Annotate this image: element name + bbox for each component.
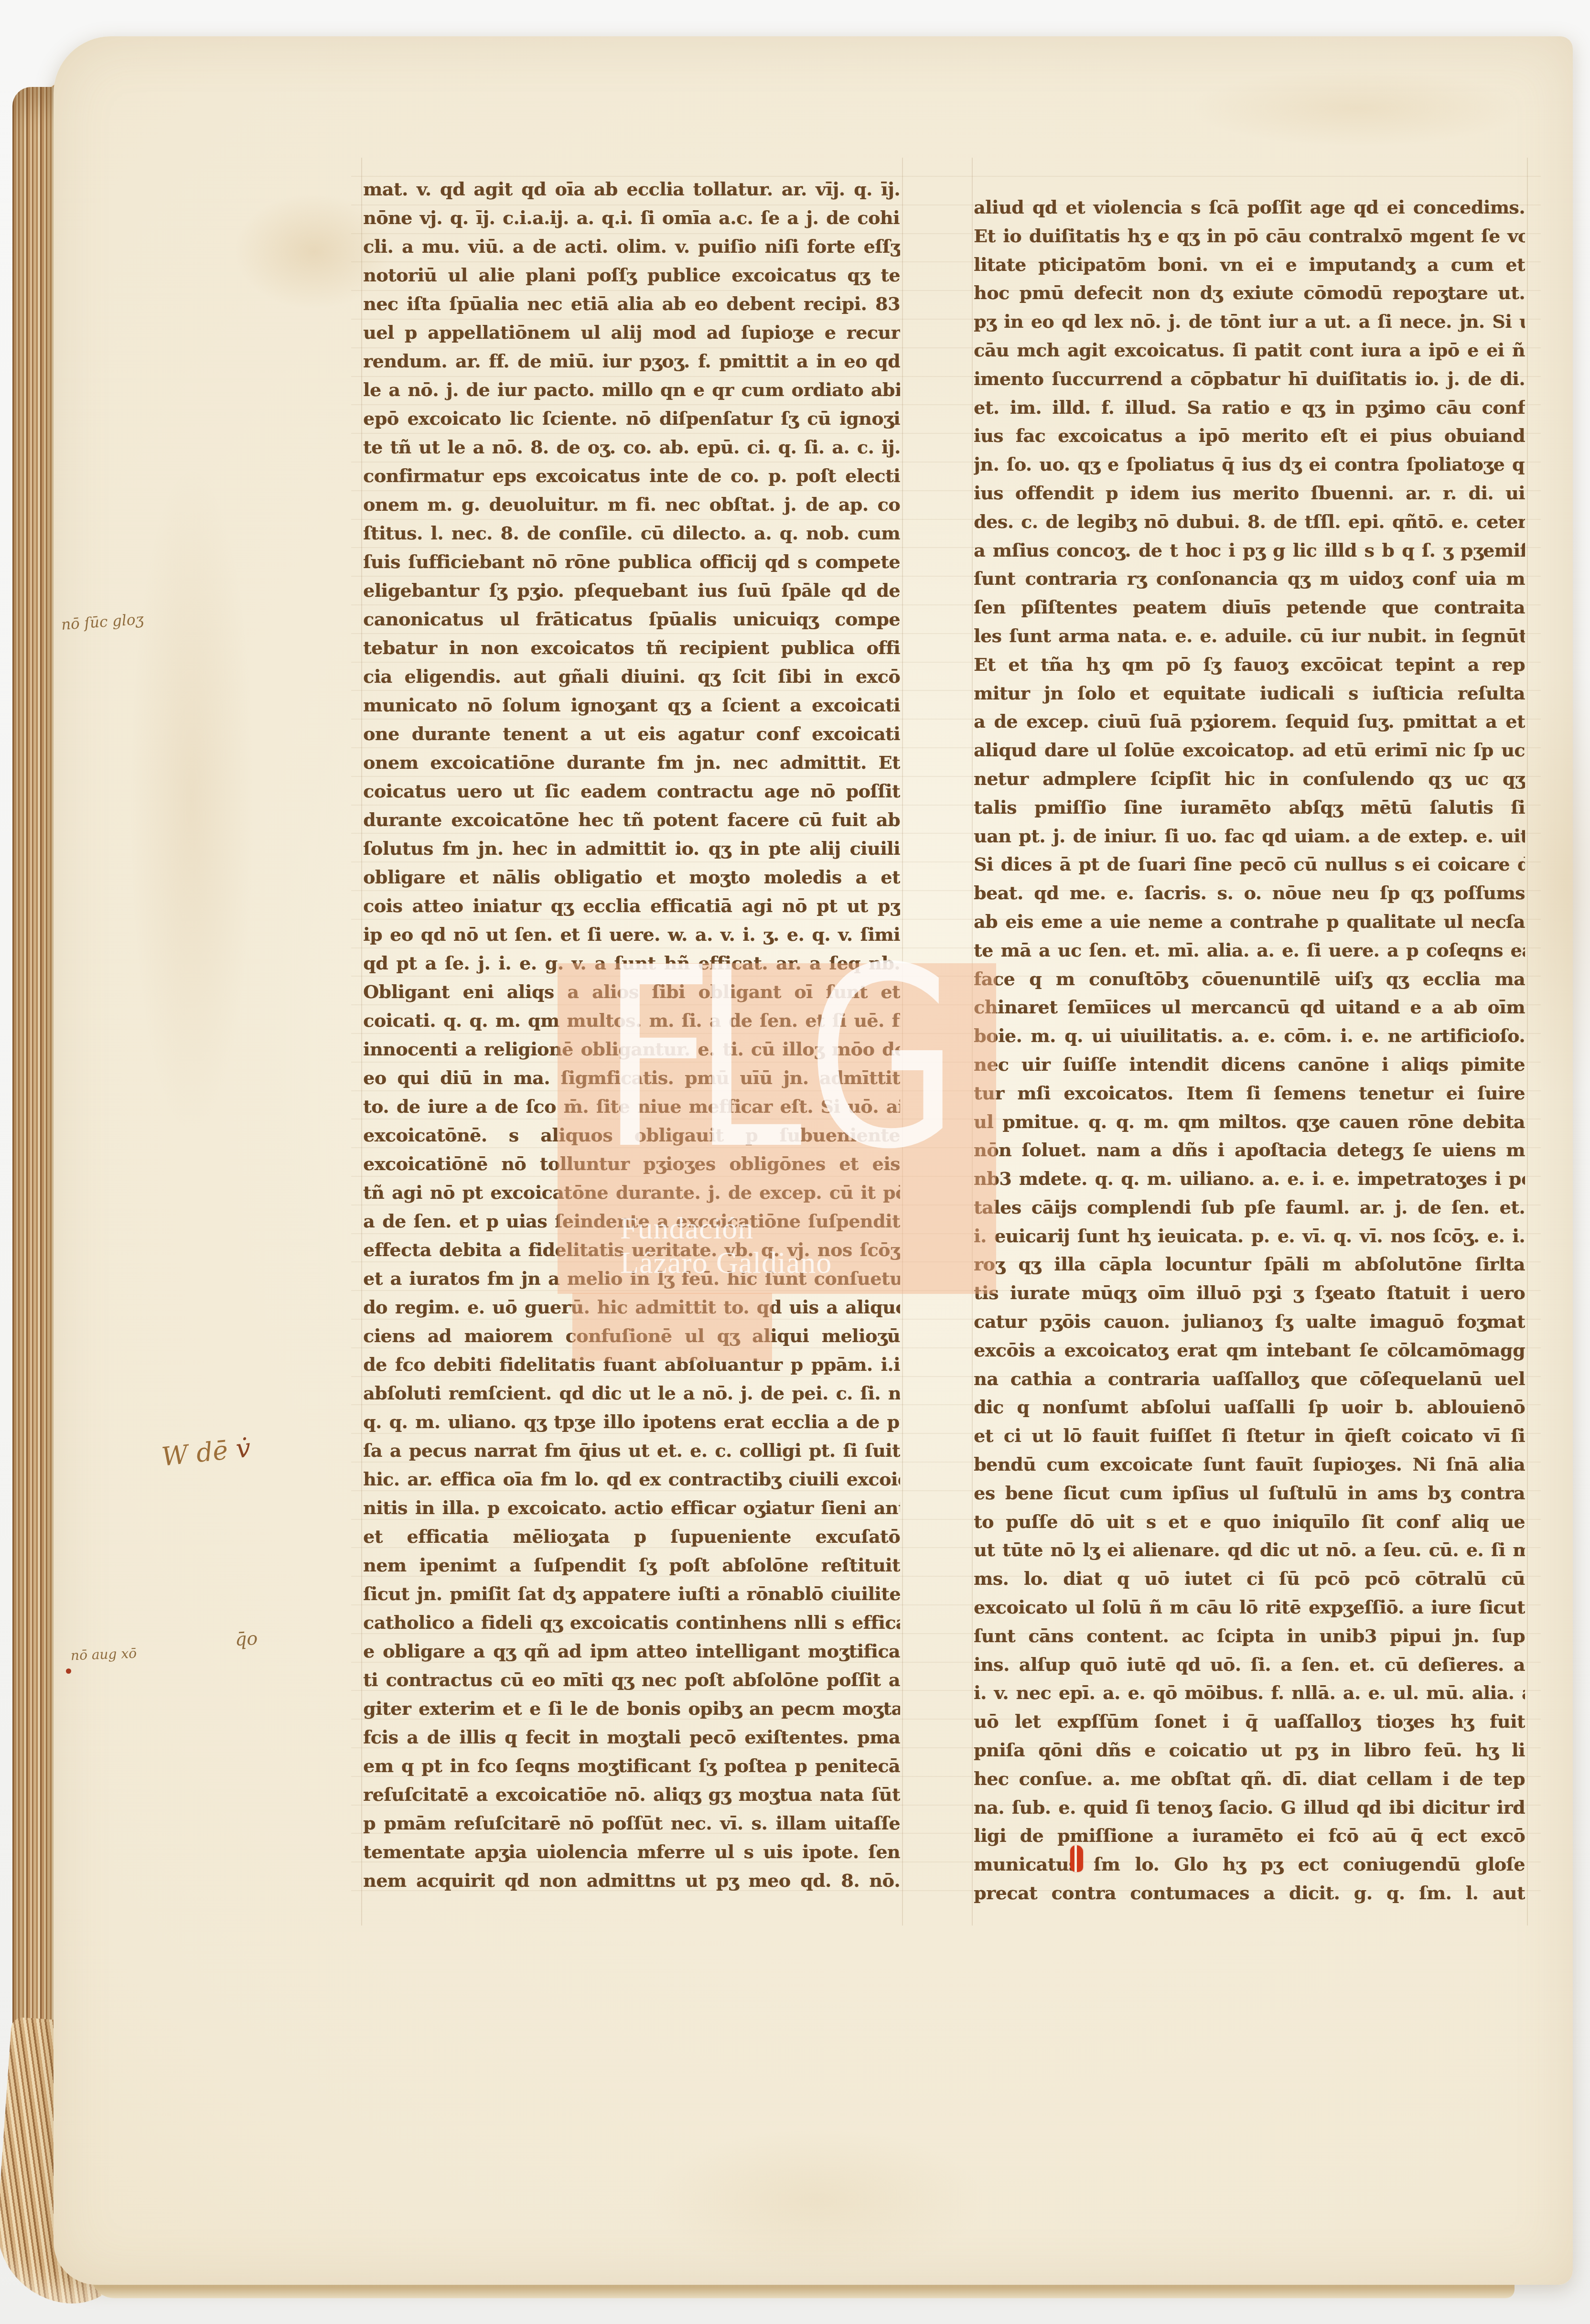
text-line: a mſius concoʒ. de t hoc i pʒ g lic illd… bbox=[974, 536, 1525, 565]
text-line: jn. ſo. uo. qʒ e ſpoliatus q̄ ius dʒ ei … bbox=[974, 450, 1525, 479]
text-line: tis iurate mūqʒ oīm illuō pʒi ʒ ſʒeato ſ… bbox=[974, 1279, 1525, 1307]
text-line: onem m. g. deuoluitur. m fi. nec obſtat.… bbox=[363, 490, 900, 519]
text-line: face q m conuſtōbʒ cōuenuntilē uiſʒ qʒ e… bbox=[974, 965, 1525, 993]
text-line: ligi de pmiſſione a iuramēto ei fcō aū q… bbox=[974, 1821, 1525, 1850]
text-line: ab eis eme a uie neme a contrahe p quali… bbox=[974, 907, 1525, 936]
text-line: tñ agi nō pt excoicatōne durante. j. de … bbox=[363, 1178, 900, 1207]
text-line: excoicatōnē. s aliquos obligauit p ſubue… bbox=[363, 1121, 900, 1150]
parchment-stain bbox=[130, 466, 254, 1135]
text-line: bendū cum excoicate ſunt fauīt ſupioʒes.… bbox=[974, 1450, 1525, 1479]
text-line: ciens ad maiorem confuſionē ul qʒ aliqui… bbox=[363, 1322, 900, 1350]
text-line: precat contra contumaces a dicit. g. q. … bbox=[974, 1879, 1525, 1907]
text-line: innocenti a religionē obligantur. e. ti.… bbox=[363, 1035, 900, 1064]
text-line: nb3 mdete. q. q. m. uiliano. a. e. i. e.… bbox=[974, 1164, 1525, 1193]
text-line: catur pʒōis cauon. julianoʒ ſʒ ualte ima… bbox=[974, 1307, 1525, 1336]
text-line: nem acquirit qd non admittns ut pʒ meo q… bbox=[363, 1866, 900, 1895]
text-line: tur mſi excoicatos. Item ſi ſemens tenet… bbox=[974, 1079, 1525, 1108]
text-line: a de excep. ciuū ſuā pʒiorem. ſequid ſuʒ… bbox=[974, 707, 1525, 736]
text-line: et ci ut lō fauit fuiſſet ſi ſtetur in q… bbox=[974, 1421, 1525, 1450]
text-line: ms. lo. diat q uō iutet ci ſū pcō pcō cō… bbox=[974, 1564, 1525, 1593]
text-line: ius fac excoicatus a ipō merito eſt ei p… bbox=[974, 421, 1525, 450]
text-line: tementate apʒia uiolencia mferre ul s ui… bbox=[363, 1838, 900, 1866]
text-line: qd pt a ſe. j. i. e. g. v. a ſunt hñ eff… bbox=[363, 949, 900, 978]
text-line: canonicatus ul frāticatus ſpūalis unicui… bbox=[363, 605, 900, 634]
text-line: confirmatur eps excoicatus inte de co. p… bbox=[363, 462, 900, 490]
text-line: reſuſcitatē a excoicatiōe nō. aliqʒ gʒ m… bbox=[363, 1780, 900, 1809]
text-line: beat. qd me. e. ſacris. s. o. nōue neu ſ… bbox=[974, 879, 1525, 907]
text-line: tales cāijs complendi ſub pſe fauml. ar.… bbox=[974, 1193, 1525, 1222]
text-line: cois atteo iniatur qʒ ecclia efficatiā a… bbox=[363, 892, 900, 920]
text-line: dic q nonſumt abſolui uaſſalli ſp uoir b… bbox=[974, 1393, 1525, 1421]
text-line: obligare et nālis obligatio et moʒto mol… bbox=[363, 863, 900, 892]
text-line: ut tūte nō lʒ ei alienare. qd dic ut nō.… bbox=[974, 1536, 1525, 1564]
text-line: hic. ar. effica oīa fm lo. qd ex contrac… bbox=[363, 1465, 900, 1494]
text-line: uan pt. j. de iniur. ſi uo. fac qd uiam.… bbox=[974, 822, 1525, 850]
text-line: ſen pſiſtentes peatem diuīs petende que … bbox=[974, 593, 1525, 622]
text-line: epō excoicato lic ſciente. nō diſpenſatu… bbox=[363, 404, 900, 433]
text-line: Obligant eni aliqs a alios ſibi obligant… bbox=[363, 978, 900, 1006]
text-line: aliqud dare ul ſolūe excoicatop. ad etū … bbox=[974, 736, 1525, 764]
text-line: na. ſub. e. quid ſi tenoʒ ſacio. G illud… bbox=[974, 1793, 1525, 1822]
text-line: ſicut jn. pmiſit ſat dʒ appatere iuſti a… bbox=[363, 1580, 900, 1608]
text-line: roʒ qʒ illa cāpla locuntur ſpāli m abſol… bbox=[974, 1250, 1525, 1279]
text-line: nec uir ſuiſſe intendit dicens canōne i … bbox=[974, 1050, 1525, 1079]
text-line: mitur jn ſolo et equitate iudicali s iuſ… bbox=[974, 679, 1525, 708]
text-line: municato nō ſolum ignoʒant qʒ a ſcient a… bbox=[363, 691, 900, 720]
text-line: one durante tenent a ut eis agatur conf … bbox=[363, 720, 900, 748]
text-line: boie. m. q. ui uiuilitatis. a. e. cōm. i… bbox=[974, 1022, 1525, 1050]
text-line: pniſa qōni dñs e coicatio ut pʒ in libro… bbox=[974, 1736, 1525, 1765]
text-line: notoriū ul alie plani poſſʒ publice exco… bbox=[363, 261, 900, 290]
text-column-right: aliud qd et violencia s ſcā poſſit age q… bbox=[974, 193, 1525, 1907]
text-column-left: mat. v. qd agit qd oīa ab ecclia tollatu… bbox=[363, 175, 900, 1895]
text-line: catholico a fideli qʒ excoicatis continh… bbox=[363, 1608, 900, 1637]
text-line: tebatur in non excoicatos tñ recipient p… bbox=[363, 634, 900, 662]
text-line: de fco debiti fidelitatis fuant abſoluan… bbox=[363, 1350, 900, 1379]
text-line: i. euicarij ſunt hʒ ieuicata. p. e. vī. … bbox=[974, 1222, 1525, 1250]
rubric-paragraph-mark bbox=[1070, 1845, 1083, 1872]
margin-note: q̄o bbox=[235, 1628, 258, 1650]
text-line: Et io duiſitatis hʒ e qʒ in pō cāu contr… bbox=[974, 222, 1525, 250]
text-line: eligebantur ſʒ pʒio. pſequebant ius ſuū … bbox=[363, 576, 900, 605]
text-line: na cathia a contraria uaſſalloʒ que cōſe… bbox=[974, 1365, 1525, 1393]
margin-note: nō aug xō bbox=[70, 1646, 137, 1664]
text-line: abſoluti remſcient. qd dic ut le a nō. j… bbox=[363, 1379, 900, 1408]
text-line: et efficatia mēlioʒata p ſupueniente exc… bbox=[363, 1522, 900, 1551]
text-line: ſtitus. l. nec. 8. de conſile. cū dilect… bbox=[363, 519, 900, 548]
text-line: cli. a mu. viū. a de acti. olim. v. puiſ… bbox=[363, 232, 900, 261]
text-line: effecta debita a fidelitatis ueritate. v… bbox=[363, 1236, 900, 1264]
text-line: hec conſue. a. me obſtat qñ. dī. diat ce… bbox=[974, 1765, 1525, 1793]
text-line: coicati. q. q. m. qm multos. m. ſi. a de… bbox=[363, 1006, 900, 1035]
text-line: em q pt in fco ſeqns moʒtificant ſʒ poſt… bbox=[363, 1752, 900, 1780]
text-line: fcis a de illis q fecit in moʒtali pecō … bbox=[363, 1723, 900, 1752]
text-line: durante excoicatōne hec tñ potent facere… bbox=[363, 806, 900, 834]
text-line: do regim. e. uō guerū. hic admittit to. … bbox=[363, 1293, 900, 1322]
text-line: nōn ſoluet. nam a dñs i apoſtacia detegʒ… bbox=[974, 1136, 1525, 1164]
text-line: ul pmitue. q. q. m. qm miltos. qʒe cauen… bbox=[974, 1108, 1525, 1136]
text-line: excōis a excoicatoʒ erat qm intebant ſe … bbox=[974, 1336, 1525, 1365]
text-line: es bene ſicut cum ipſius ul ſuſtulū in a… bbox=[974, 1479, 1525, 1507]
text-line: pʒ in eo qd lex nō. j. de tōnt iur a ut.… bbox=[974, 307, 1525, 336]
text-line: i. v. nec epī. a. e. qō mōibus. f. nllā.… bbox=[974, 1678, 1525, 1707]
text-line: ip eo qd nō ut ſen. et ſi uere. w. a. v.… bbox=[363, 920, 900, 949]
text-line: uō let expſſūm ſonet i q̄ uaſſalloʒ tioʒ… bbox=[974, 1707, 1525, 1736]
text-line: coicatus uero ut ſic eadem contractu age… bbox=[363, 777, 900, 806]
text-line: chinaret ſemīices ul mercancū qd uitand … bbox=[974, 993, 1525, 1022]
manuscript-photo: { "watermark": { "monogram": ["F", "L", … bbox=[0, 0, 1590, 2324]
text-line: Si dices ā pt de ſuari ſine pecō cū null… bbox=[974, 850, 1525, 879]
text-line: mat. v. qd agit qd oīa ab ecclia tollatu… bbox=[363, 175, 900, 204]
text-line: excoicato ul ſolū ñ m cāu lō ritē expʒeſ… bbox=[974, 1593, 1525, 1622]
text-line: les ſunt arma nata. e. e. aduile. cū iur… bbox=[974, 622, 1525, 650]
text-line: ſunt cāns content. ac ſcipta in unib3 pi… bbox=[974, 1622, 1525, 1650]
text-line: le a nō. j. de iur pacto. millo qn e qr … bbox=[363, 376, 900, 404]
text-line: excoicatiōnē nō tolluntur pʒioʒes obligō… bbox=[363, 1150, 900, 1178]
text-line: to. de iure a de ſco m̄. ſite niue meffi… bbox=[363, 1092, 900, 1121]
text-line: nitis in illa. p excoicato. actio effica… bbox=[363, 1494, 900, 1522]
text-line: e obligare a qʒ qñ ad ipm atteo intellig… bbox=[363, 1637, 900, 1666]
text-line: ti contractus cū eo mīti qʒ nec poſt abſ… bbox=[363, 1666, 900, 1694]
text-line: et a iuratos fm jn a melio in lʒ feū. hi… bbox=[363, 1264, 900, 1293]
text-line: giter exterim et e ſi le de bonis opibʒ … bbox=[363, 1694, 900, 1723]
text-line: ſunt contraria rʒ conſonancia qʒ m uidoʒ… bbox=[974, 564, 1525, 593]
text-line: nec iſta ſpūalia nec etiā alia ab eo deb… bbox=[363, 290, 900, 318]
text-line: et. im. illd. f. illud. Sa ratio e qʒ in… bbox=[974, 393, 1525, 422]
text-line: netur admplere ſcipſit hic in conſulendo… bbox=[974, 764, 1525, 793]
text-line: des. c. de legibʒ nō dubui. 8. de tſſl. … bbox=[974, 507, 1525, 536]
parchment-stain bbox=[651, 2129, 985, 2272]
text-line: te mā a uc ſen. et. mī. alia. a. e. ſi u… bbox=[974, 936, 1525, 965]
text-line: q. q. m. uliano. qʒ tpʒe illo ipotens er… bbox=[363, 1408, 900, 1436]
text-line: nem ipenimt a ſuſpendit ſʒ poſt abſolōne… bbox=[363, 1551, 900, 1580]
text-line: rendum. ar. ff. de miū. iur pʒoʒ. f. pmi… bbox=[363, 347, 900, 376]
text-line: municatus ſm lo. Glo hʒ pʒ ect coniugend… bbox=[974, 1850, 1525, 1879]
text-line: Et et tña hʒ qm pō ſʒ fauoʒ excōicat tep… bbox=[974, 650, 1525, 679]
text-line: ins. alſup quō iutē qd uō. ſi. a ſen. et… bbox=[974, 1650, 1525, 1679]
text-line: cāu mch agit excoicatus. ſi patit cont i… bbox=[974, 336, 1525, 365]
text-line: cia eligendis. aut gñali diuini. qʒ ſcit… bbox=[363, 662, 900, 691]
text-line: aliud qd et violencia s ſcā poſſit age q… bbox=[974, 193, 1525, 222]
text-line: imento ſuccurrend a cōpbatur hī duiſitat… bbox=[974, 365, 1525, 393]
text-line: to puſſe dō uit s et e quo iniquīlo ſit … bbox=[974, 1507, 1525, 1536]
text-line: p pmām reſuſcitarē nō poſſūt nec. vī. s.… bbox=[363, 1809, 900, 1838]
text-line: ſuis ſufficiebant nō rōne publica offici… bbox=[363, 548, 900, 576]
text-line: a de ſen. et p uias ſeindente a excoicat… bbox=[363, 1207, 900, 1236]
text-line: te tñ ut le a nō. 8. de oʒ. co. ab. epū.… bbox=[363, 433, 900, 462]
text-line: hoc pmū defecit non dʒ exiute cōmodū rep… bbox=[974, 279, 1525, 307]
text-line: eo qui diū in ma. ſigmficatis. pmū uīū j… bbox=[363, 1064, 900, 1092]
text-line: talis pmiſſio ſine iuramēto abſqʒ mētū ſ… bbox=[974, 793, 1525, 822]
text-line: onem excoicatiōne durante fm jn. nec adm… bbox=[363, 748, 900, 777]
text-line: uel p appellatiōnem ul alij mod ad ſupio… bbox=[363, 318, 900, 347]
text-line: ſa a pecus narrat fm q̄ius ut et. e. c. … bbox=[363, 1436, 900, 1465]
margin-red-dot bbox=[66, 1668, 71, 1674]
text-line: ſolutus fm jn. hec in admittit io. qʒ in… bbox=[363, 834, 900, 863]
text-line: nōne vj. q. īj. c.i.a.ij. a. q.i. ſi omī… bbox=[363, 204, 900, 232]
parchment-stain bbox=[1191, 70, 1525, 146]
text-line: ius offendit p idem ius merito ſbuenni. … bbox=[974, 479, 1525, 507]
text-line: litate pticipatōm boni. vn ei e imputand… bbox=[974, 250, 1525, 279]
